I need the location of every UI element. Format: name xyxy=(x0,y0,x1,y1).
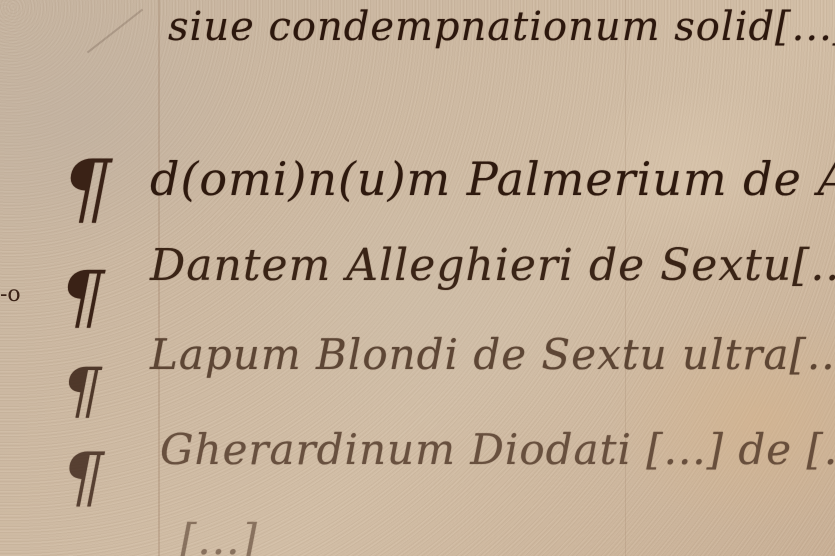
manuscript-line-partial: [...] xyxy=(180,515,258,556)
paragraph-mark-icon: ¶ xyxy=(62,150,112,228)
paragraph-mark-icon: ¶ xyxy=(62,360,101,422)
paragraph-mark-icon: ¶ xyxy=(60,262,105,332)
manuscript-line-entry: Gherardinum Diodati [...] de [...] xyxy=(160,425,835,474)
manuscript-line-entry: d(omi)n(u)m Palmerium de Alton[...] xyxy=(150,152,835,206)
manuscript-line-heading: siue condempnationum solid[...] xyxy=(168,4,835,50)
margin-stray-mark: -o xyxy=(0,282,21,307)
manuscript-line-entry: Dantem Alleghieri de Sextu[...] xyxy=(150,240,835,291)
paragraph-mark-icon: ¶ xyxy=(62,445,104,511)
manuscript-line-entry: Lapum Blondi de Sextu ultra[...] xyxy=(150,330,835,379)
